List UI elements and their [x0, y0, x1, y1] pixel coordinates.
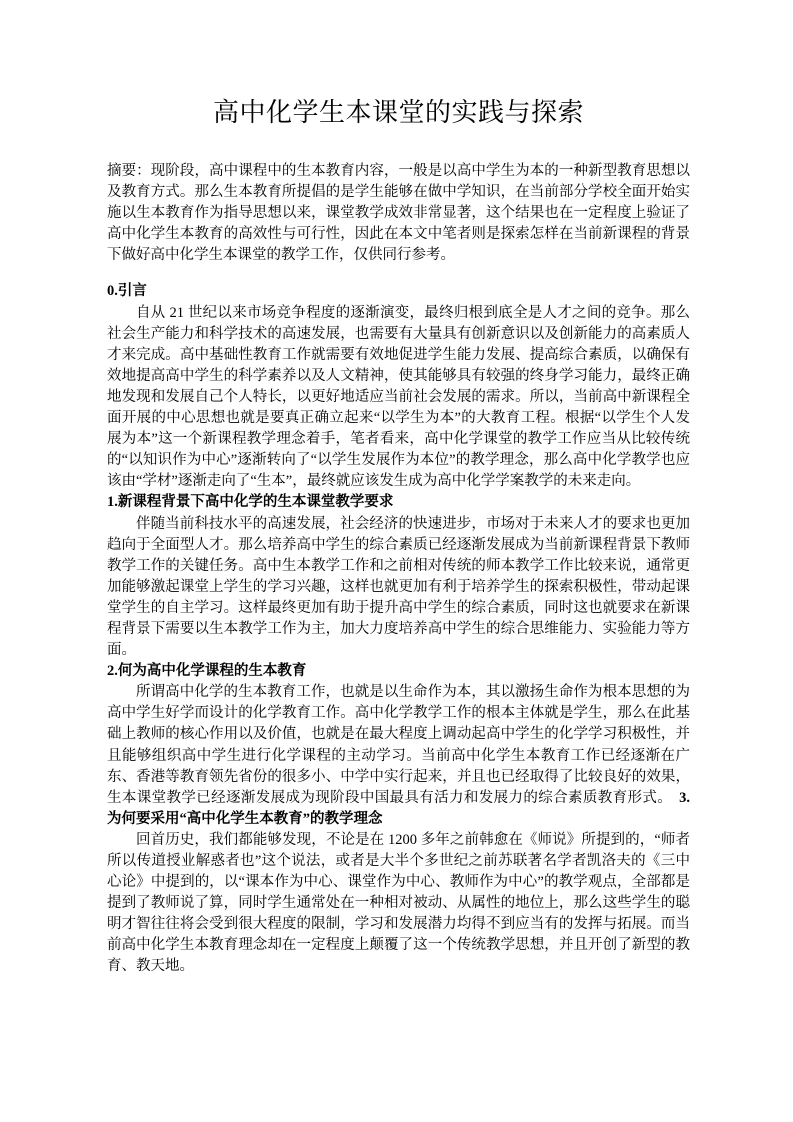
section-heading-1: 1.新课程背景下高中化学的生本课堂教学要求: [107, 492, 690, 513]
section-heading-0: 0.引言: [107, 281, 690, 302]
section-requirements: 1.新课程背景下高中化学的生本课堂教学要求 伴随当前科技水平的高速发展，社会经济…: [107, 492, 690, 661]
section-definition: 2.何为高中化学课程的生本教育 所谓高中化学的生本教育工作，也就是以生命作为本，…: [107, 661, 690, 830]
section-body-2: 所谓高中化学的生本教育工作，也就是以生命作为本，其以激扬生命作为根本思想的为高中…: [107, 682, 690, 830]
abstract-paragraph: 摘要：现阶段，高中课程中的生本教育内容，一般是以高中学生为本的一种新型教育思想以…: [107, 161, 690, 266]
section-body-0: 自从 21 世纪以来市场竞争程度的逐渐演变，最终归根到底全是人才之间的竞争。那么…: [107, 303, 690, 493]
document-title: 高中化学生本课堂的实践与探索: [107, 97, 690, 128]
document-page: 高中化学生本课堂的实践与探索 摘要：现阶段，高中课程中的生本教育内容，一般是以高…: [0, 0, 793, 1122]
section-body-3: 回首历史，我们都能够发现，不论是在 1200 多年之前韩愈在《师说》所提到的，“…: [107, 830, 690, 978]
section-introduction: 0.引言 自从 21 世纪以来市场竞争程度的逐渐演变，最终归根到底全是人才之间的…: [107, 281, 690, 492]
section-body-2-text: 所谓高中化学的生本教育工作，也就是以生命作为本，其以激扬生命作为根本思想的为高中…: [107, 684, 690, 805]
section-heading-2: 2.何为高中化学课程的生本教育: [107, 661, 690, 682]
section-rationale: 回首历史，我们都能够发现，不论是在 1200 多年之前韩愈在《师说》所提到的，“…: [107, 830, 690, 978]
section-body-1: 伴随当前科技水平的高速发展，社会经济的快速进步，市场对于未来人才的要求也更加趋向…: [107, 514, 690, 662]
